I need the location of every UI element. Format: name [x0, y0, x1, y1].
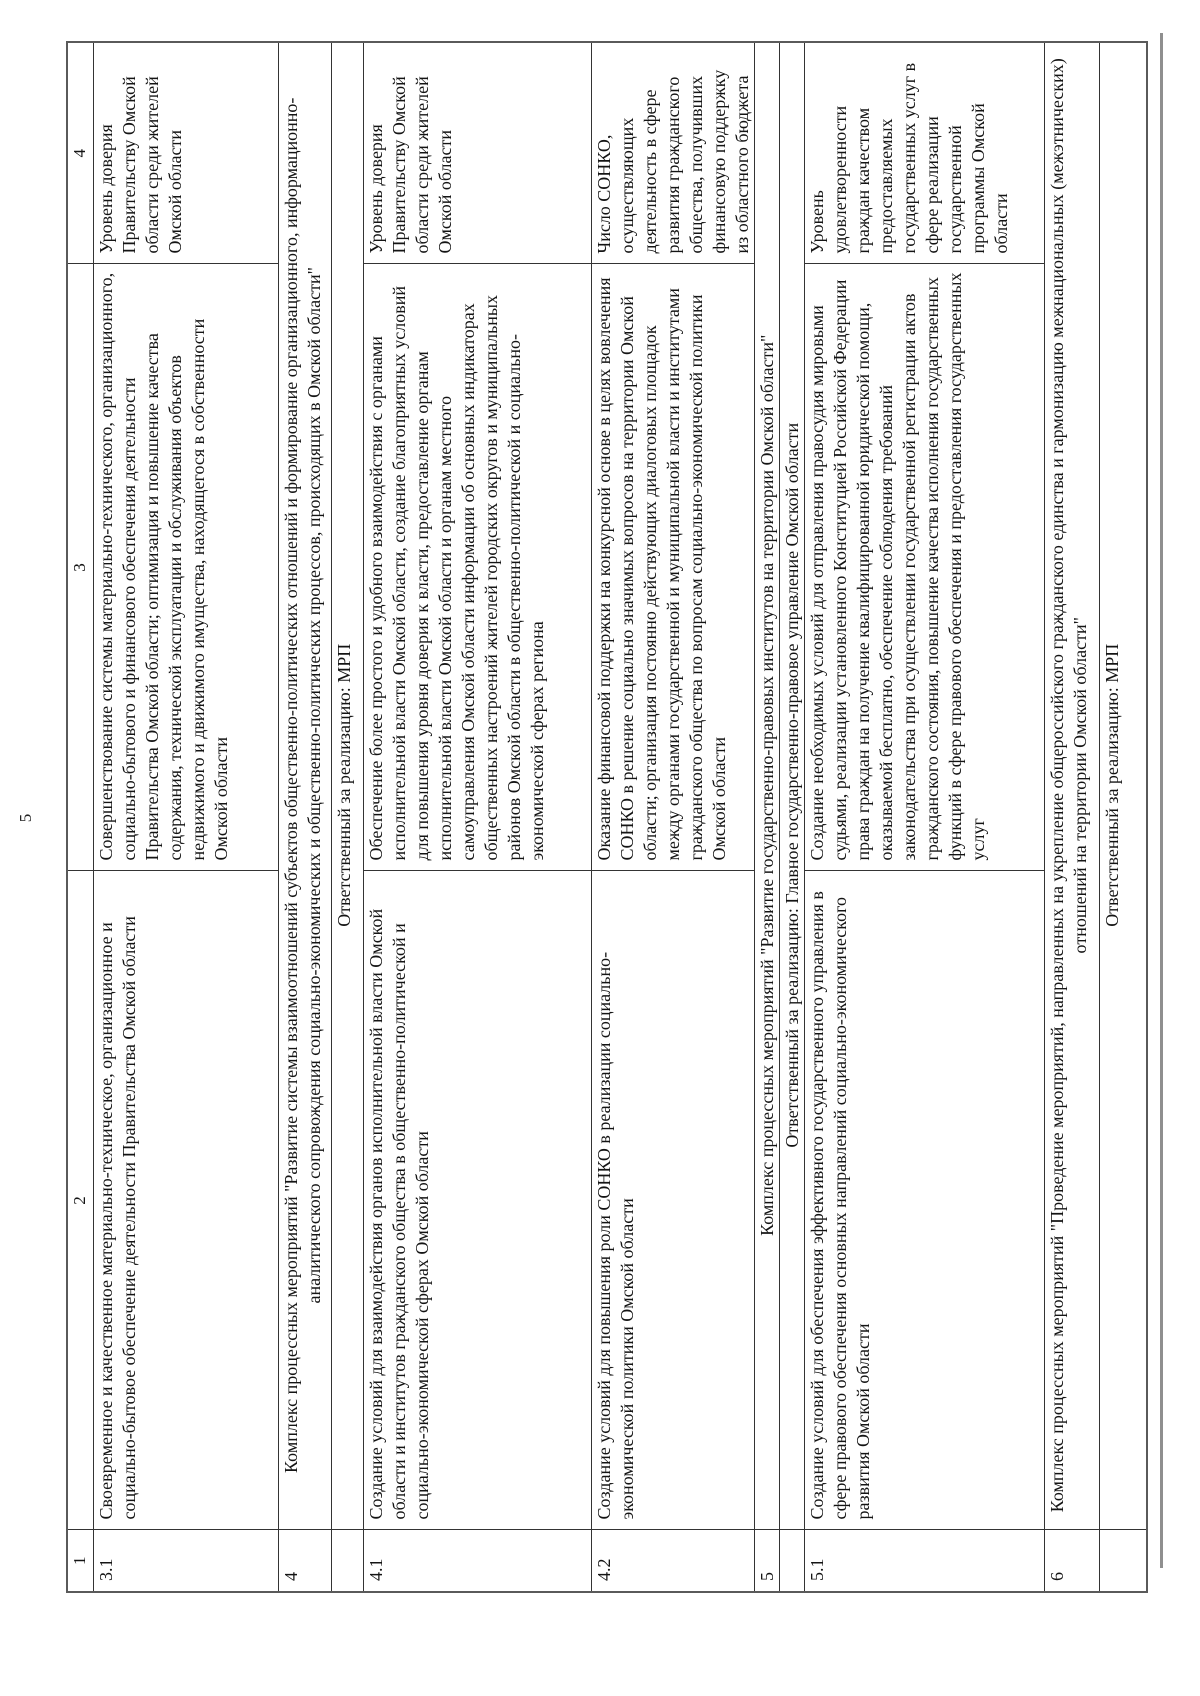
row-3-1-task-cell: Своевременное и качественное материально…	[93, 871, 278, 1530]
row-4-1-indicator-cell: Уровень доверия Правительству Омской обл…	[363, 42, 591, 264]
rotated-landscape-sheet: 5 1 2 3 4 3.1 Своевременное и качественн…	[0, 0, 1200, 1696]
table-row-3-1: 3.1 Своевременное и качественное материа…	[93, 42, 278, 1592]
table-row-5-1: 5.1 Создание условий для обеспечения эфф…	[804, 42, 1044, 1592]
row-4-1-description-cell: Обеспечение более простого и удобного вз…	[363, 264, 591, 871]
row-number-cell-empty	[1099, 1530, 1147, 1592]
column-header-row: 1 2 3 4	[67, 42, 93, 1592]
responsible-cell: Ответственный за реализацию: МРП	[1099, 42, 1147, 1530]
table-row-4-section: 4 Комплекс процессных мероприятий "Разви…	[278, 42, 331, 1592]
row-number-cell: 4.1	[363, 1530, 591, 1592]
table-row-5-section: 5 Комплекс процессных мероприятий "Разви…	[754, 42, 779, 1592]
row-number-cell: 5	[754, 1530, 779, 1592]
row-4-2-description-cell: Оказание финансовой поддержки на конкурс…	[591, 264, 754, 871]
row-3-1-indicator-cell: Уровень доверия Правительству Омской обл…	[93, 42, 278, 264]
row-number-cell: 5.1	[804, 1530, 1044, 1592]
responsible-cell: Ответственный за реализацию: Главное гос…	[779, 42, 804, 1530]
row-4-2-indicator-cell: Число СОНКО, осуществляющих деятельность…	[591, 42, 754, 264]
section-heading-cell: Комплекс процессных мероприятий "Проведе…	[1044, 42, 1099, 1530]
table-row-4-1: 4.1 Создание условий для взаимодействия …	[363, 42, 591, 1592]
row-number-cell: 3.1	[93, 1530, 278, 1592]
column-header-4: 4	[67, 42, 93, 264]
row-number-cell: 4.2	[591, 1530, 754, 1592]
row-number-cell-empty	[779, 1530, 804, 1592]
row-5-1-indicator-cell: Уровень удовлетворенности граждан качест…	[804, 42, 1044, 264]
program-measures-table: 1 2 3 4 3.1 Своевременное и качественное…	[66, 41, 1148, 1593]
responsible-cell: Ответственный за реализацию: МРП	[331, 42, 363, 1530]
section-heading-cell: Комплекс процессных мероприятий "Развити…	[754, 42, 779, 1530]
table-row-6-responsible: Ответственный за реализацию: МРП	[1099, 42, 1147, 1592]
table-row-4-responsible: Ответственный за реализацию: МРП	[331, 42, 363, 1592]
row-number-cell-empty	[331, 1530, 363, 1592]
paper-edge-shadow	[1160, 33, 1163, 1568]
table-row-4-2: 4.2 Создание условий для повышения роли …	[591, 42, 754, 1592]
row-3-1-description-cell: Совершенствование системы материально-те…	[93, 264, 278, 871]
column-header-2: 2	[67, 871, 93, 1530]
page-number: 5	[16, 43, 36, 1593]
row-5-1-task-cell: Создание условий для обеспечения эффекти…	[804, 871, 1044, 1530]
row-4-1-task-cell: Создание условий для взаимодействия орга…	[363, 871, 591, 1530]
section-heading-cell: Комплекс процессных мероприятий "Развити…	[278, 42, 331, 1530]
row-number-cell: 4	[278, 1530, 331, 1592]
row-number-cell: 6	[1044, 1530, 1099, 1592]
row-5-1-description-cell: Создание необходимых условий для отправл…	[804, 264, 1044, 871]
row-4-2-task-cell: Создание условий для повышения роли СОНК…	[591, 871, 754, 1530]
column-header-1: 1	[67, 1530, 93, 1592]
column-header-3: 3	[67, 264, 93, 871]
table-row-5-responsible: Ответственный за реализацию: Главное гос…	[779, 42, 804, 1592]
table-row-6-section: 6 Комплекс процессных мероприятий "Прове…	[1044, 42, 1099, 1592]
